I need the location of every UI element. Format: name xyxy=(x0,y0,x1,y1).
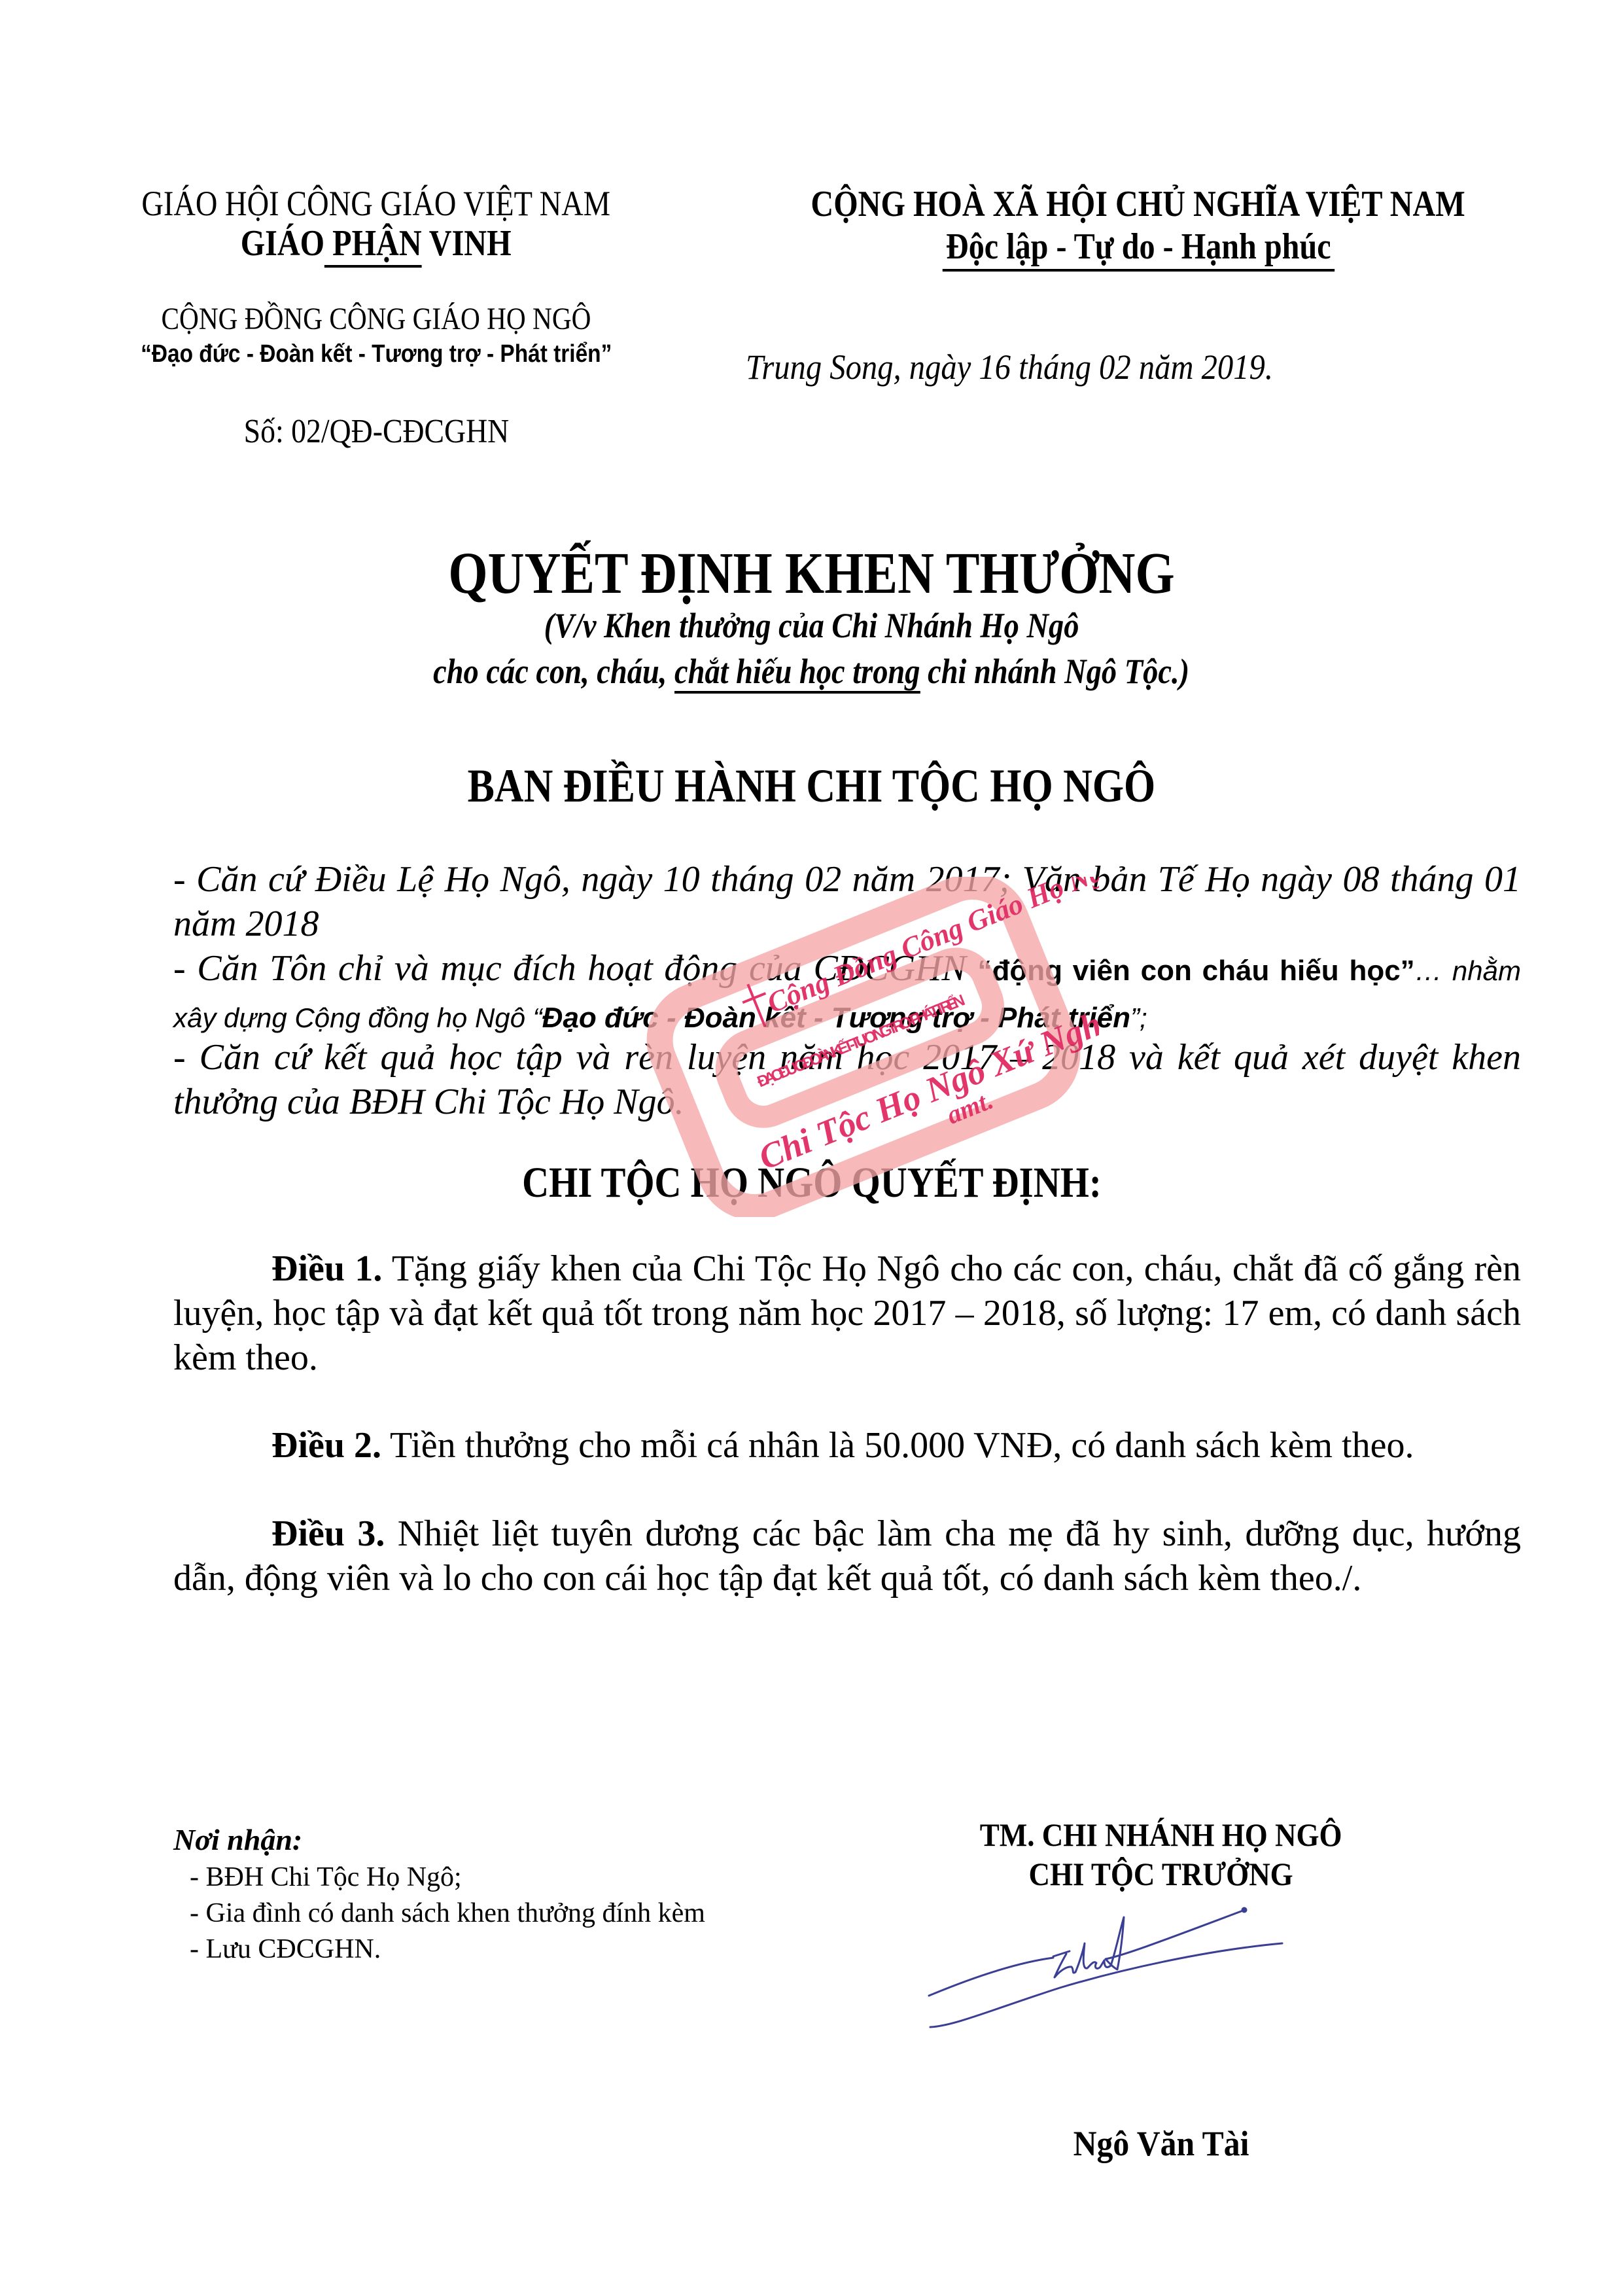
article-2: Điều 2. Tiền thưởng cho mỗi cá nhân là 5… xyxy=(173,1423,1521,1468)
national-motto: Độc lập - Tự do - Hạnh phúc xyxy=(726,226,1550,272)
document-number: Số: 02/QĐ-CĐCGHN xyxy=(98,412,654,451)
community-motto: “Đạo đức - Đoàn kết - Tương trợ - Phát t… xyxy=(98,340,654,368)
article-3: Điều 3. Nhiệt liệt tuyên dương các bậc l… xyxy=(173,1511,1521,1600)
recipient-item: - BĐH Chi Tộc Họ Ngô; xyxy=(190,1862,462,1893)
document-subtitle-line-2: cho các con, cháu, chắt hiếu học trong c… xyxy=(0,651,1623,692)
signature-title-line-2: CHI TỘC TRƯỞNG xyxy=(883,1855,1439,1893)
nation-title: CỘNG HOÀ XÃ HỘI CHỦ NGHĨA VIỆT NAM xyxy=(726,183,1550,225)
church-organization: GIÁO HỘI CÔNG GIÁO VIỆT NAM xyxy=(98,183,654,224)
document-title: QUYẾT ĐỊNH KHEN THƯỞNG xyxy=(0,540,1623,607)
decision-heading: CHI TỘC HỌ NGÔ QUYẾT ĐỊNH: xyxy=(0,1158,1623,1208)
recipient-item: - Lưu CĐCGHN. xyxy=(190,1934,381,1965)
article-label: Điều 1. xyxy=(271,1248,382,1289)
board-heading: BAN ĐIỀU HÀNH CHI TỘC HỌ NGÔ xyxy=(0,759,1623,813)
recipients-title: Nơi nhận: xyxy=(173,1822,302,1857)
article-1: Điều 1. Tặng giấy khen của Chi Tộc Họ Ng… xyxy=(173,1246,1521,1380)
document-subtitle-line-1: (V/v Khen thưởng của Chi Nhánh Họ Ngô xyxy=(0,605,1623,646)
consideration-2: - Căn Tôn chỉ và mục đích hoạt động của … xyxy=(173,946,1521,1040)
article-label: Điều 3. xyxy=(271,1513,385,1554)
signer-name: Ngô Văn Tài xyxy=(883,2123,1439,2164)
community-name: CỘNG ĐỒNG CÔNG GIÁO HỌ NGÔ xyxy=(98,301,654,337)
diocese-name: GIÁO PHẬN VINH xyxy=(98,222,654,264)
consideration-3: - Căn cứ kết quả học tập và rèn luyện nă… xyxy=(173,1035,1521,1124)
handwritten-signature xyxy=(916,1904,1374,2055)
recipient-item: - Gia đình có danh sách khen thưởng đính… xyxy=(190,1898,705,1929)
place-and-date: Trung Song, ngày 16 tháng 02 năm 2019. xyxy=(746,347,1570,387)
signature-title-line-1: TM. CHI NHÁNH HỌ NGÔ xyxy=(883,1816,1439,1854)
article-label: Điều 2. xyxy=(271,1425,381,1466)
consideration-1: - Căn cứ Điều Lệ Họ Ngô, ngày 10 tháng 0… xyxy=(173,857,1521,946)
